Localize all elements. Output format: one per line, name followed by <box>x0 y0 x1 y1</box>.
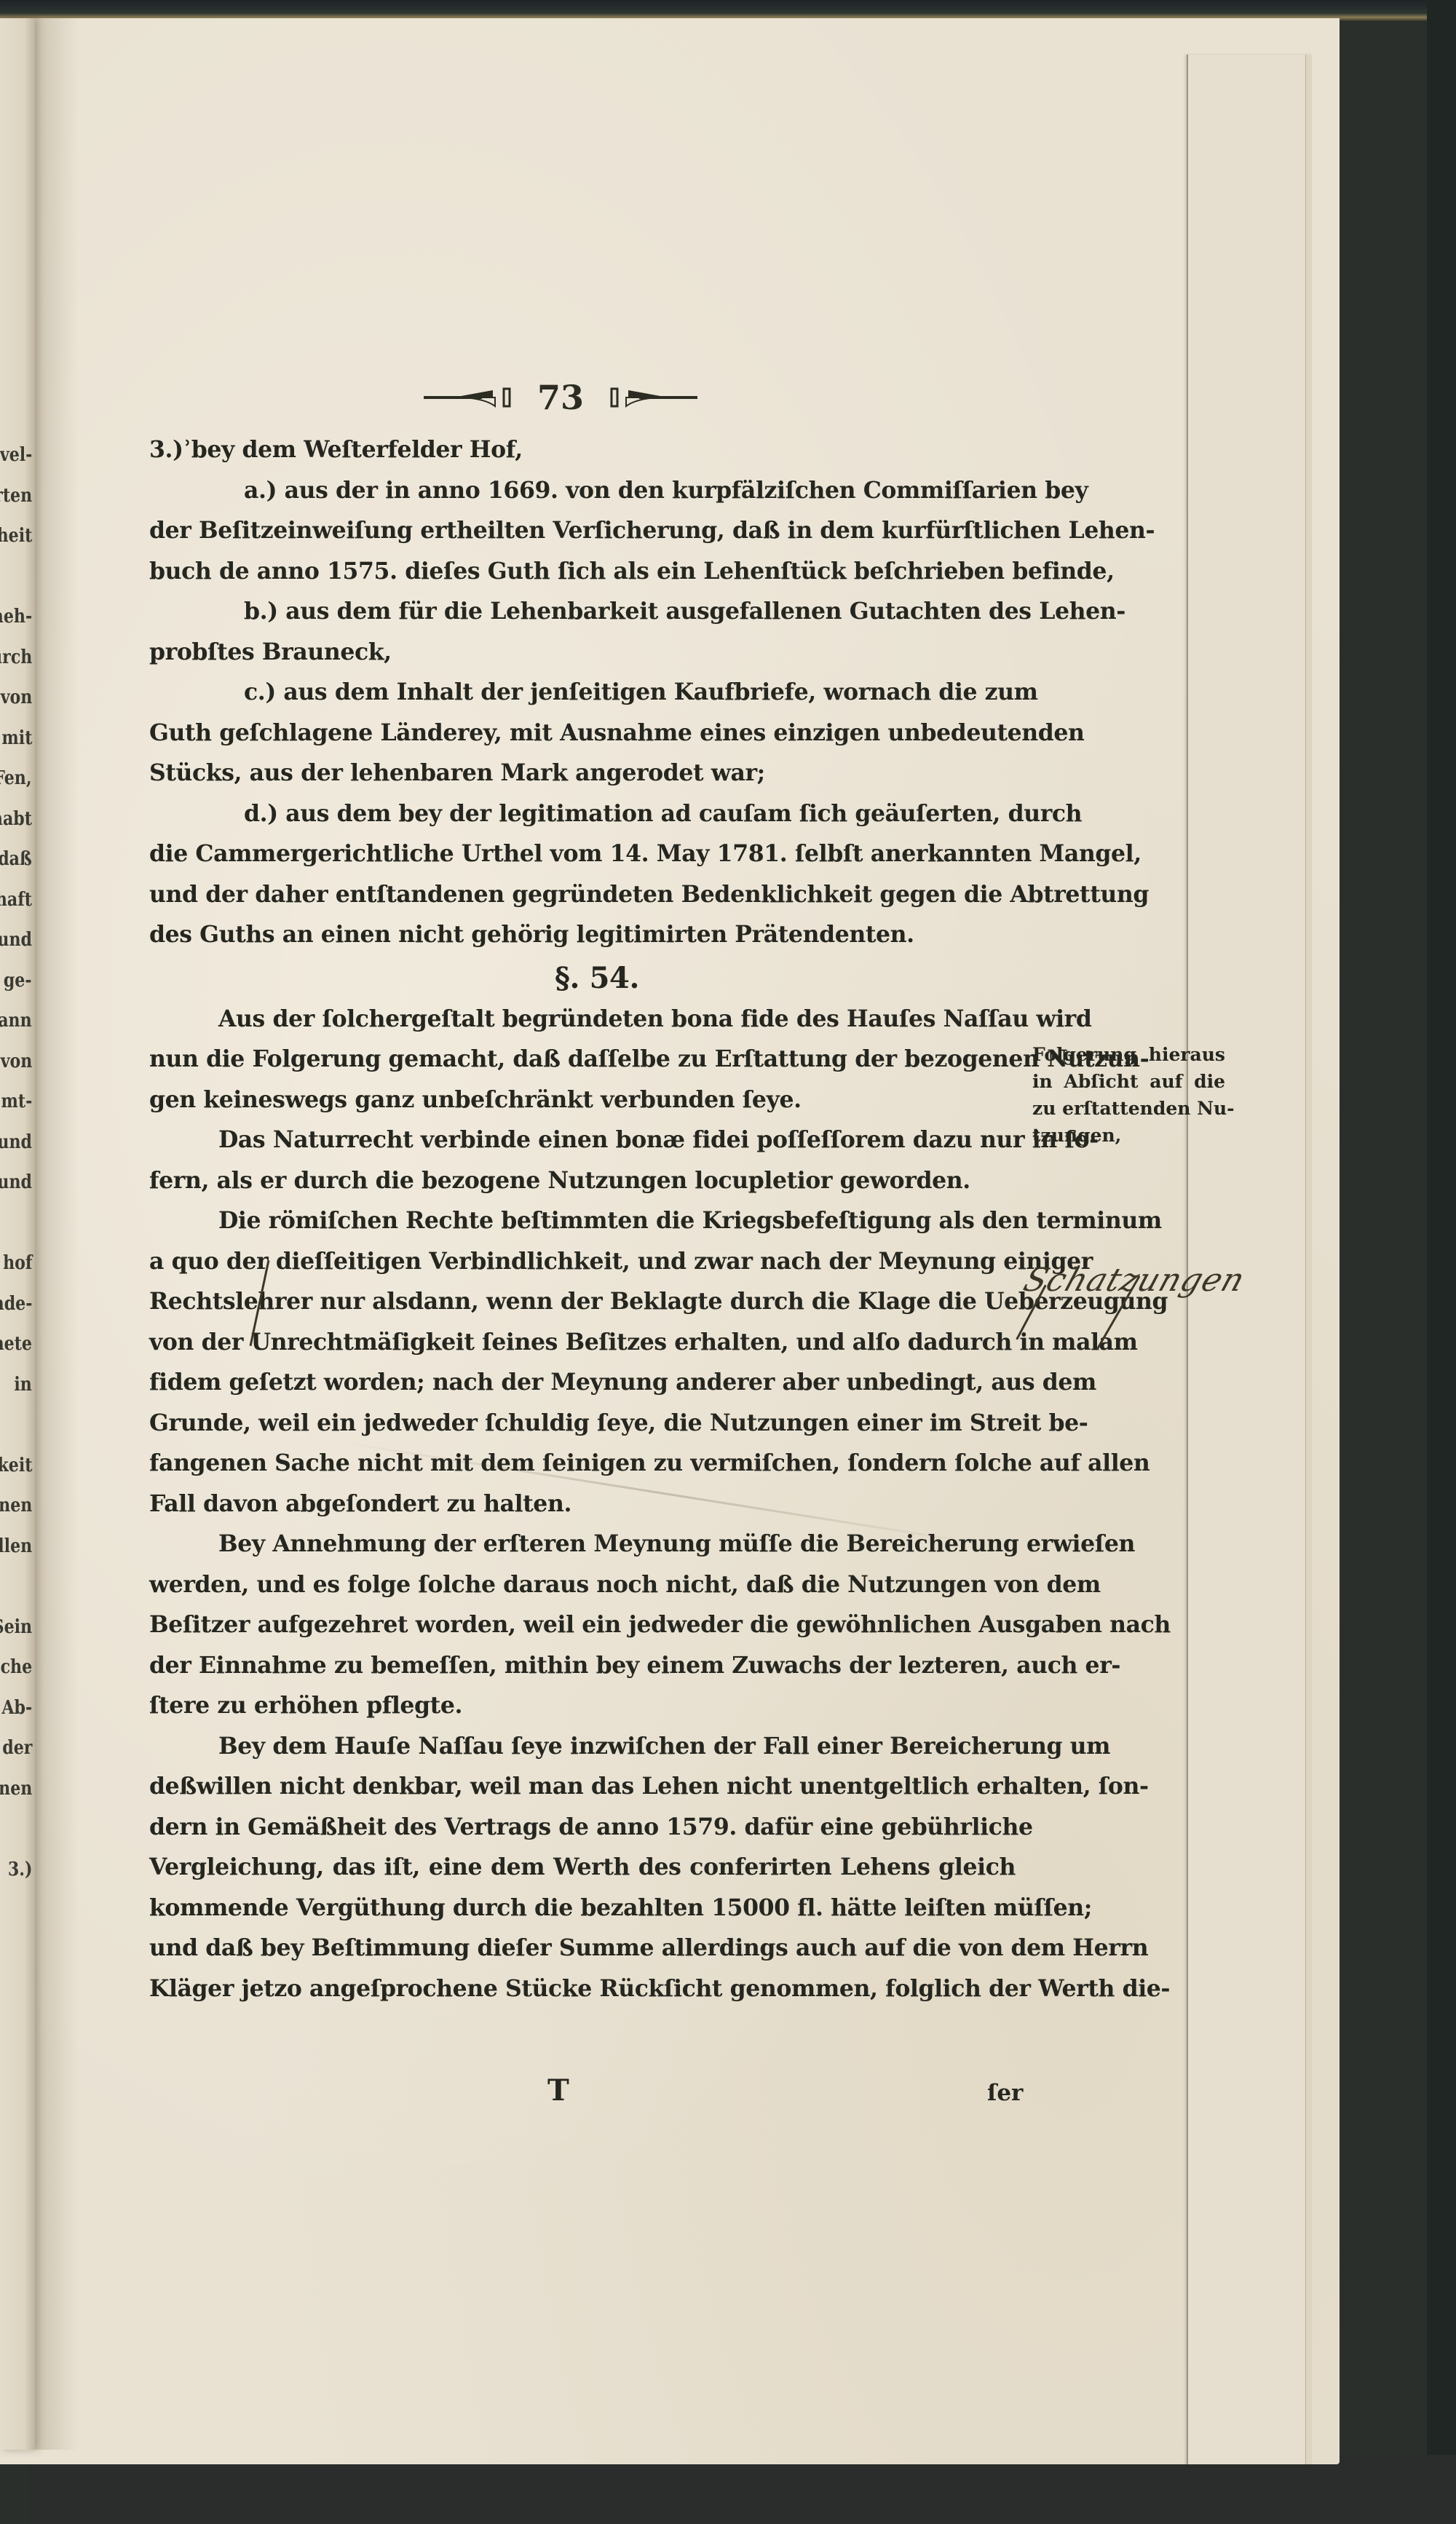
previous-page-text-fragment: von <box>0 687 32 708</box>
previous-page-text-fragment: mt- <box>1 1091 32 1112</box>
text-line: und der daher entſtandenen gegründeten B… <box>149 874 1016 915</box>
text-line: buch de anno 1575. dieſes Guth ſich als … <box>149 551 1016 592</box>
text-line: der Einnahme zu bemeſſen, mithin bey ein… <box>149 1645 1016 1686</box>
text-line: fangenen Sache nicht mit dem ſeinigen zu… <box>149 1443 1016 1484</box>
previous-page-text-fragment: nde- <box>0 1293 32 1315</box>
text-line: probſtes Brauneck, <box>149 632 1016 673</box>
previous-page-text-fragment: keit <box>0 1455 32 1476</box>
previous-page-text-fragment: und <box>0 1131 32 1153</box>
text-line: fidem geſetzt worden; nach der Meynung a… <box>149 1362 1016 1403</box>
text-line: Aus der ſolchergeſtalt begründeten bona … <box>149 999 1016 1040</box>
text-line: und daß bey Beſtimmung dieſer Summe alle… <box>149 1928 1016 1969</box>
previous-page-text-fragment: habt <box>0 808 32 830</box>
text-line: fern, als er durch die bezogene Nutzunge… <box>149 1160 1016 1201</box>
text-line: c.) aus dem Inhalt der jenſeitigen Kaufb… <box>149 672 1016 713</box>
text-line: Bey Annehmung der erſteren Meynung müſſe… <box>149 1524 1016 1564</box>
text-before-section: 3.)ʾbey dem Weſterfelder Hof,a.) aus der… <box>149 430 1016 955</box>
previous-page-text-fragment: von <box>0 1051 32 1072</box>
book-binding-right <box>1427 0 1456 2524</box>
previous-page-text-fragment: urch <box>0 646 32 668</box>
previous-page-text-fragment: rten <box>0 485 32 507</box>
folded-page-edge <box>1187 55 1312 2464</box>
text-line: kommende Vergüthung durch die bezahlten … <box>149 1888 1016 1928</box>
page-header: 73 <box>408 376 713 419</box>
section-heading: §. 54. <box>149 958 1016 999</box>
previous-page-text-fragment: und <box>0 1171 32 1193</box>
text-line: der Beſitzeinweiſung ertheilten Verſiche… <box>149 510 1016 551</box>
text-line: a.) aus der in anno 1669. von den kurpfä… <box>149 470 1016 511</box>
text-line: Fall davon abgeſondert zu halten. <box>149 1484 1016 1524</box>
margin-note: Folgerung hierausin Abſicht auf diezu er… <box>1032 1041 1225 1149</box>
previous-page-text-fragment: neh- <box>0 606 32 628</box>
text-line: Das Naturrecht verbinde einen bonæ fidei… <box>149 1120 1016 1160</box>
text-line: Beſitzer aufgezehret worden, weil ein je… <box>149 1605 1016 1645</box>
page-edge <box>1305 55 1312 2464</box>
main-text: 3.)ʾbey dem Weſterfelder Hof,a.) aus der… <box>149 430 1016 2009</box>
text-line: d.) aus dem bey der legitimation ad cauſ… <box>149 794 1016 834</box>
text-line: Kläger jetzo angeſprochene Stücke Rückſi… <box>149 1969 1016 2009</box>
text-line: b.) aus dem für die Lehenbarkeit ausgefa… <box>149 591 1016 632</box>
book-binding-bottom <box>29 2455 1456 2524</box>
previous-page-text-fragment: Ab- <box>1 1697 32 1719</box>
previous-page-text-fragment: llen <box>0 1535 32 1557</box>
text-line: Grunde, weil ein jedweder ſchuldig ſeye,… <box>149 1403 1016 1444</box>
margin-note-line: tzungen, <box>1032 1122 1225 1149</box>
text-line: 3.)ʾbey dem Weſterfelder Hof, <box>149 430 1016 470</box>
previous-page-text-fragment: ann <box>0 1010 32 1032</box>
text-line: Rechtslehrer nur alsdann, wenn der Bekla… <box>149 1281 1016 1322</box>
text-line: gen keineswegs ganz unbeſchränkt verbund… <box>149 1080 1016 1120</box>
previous-page-text-fragment: nete <box>0 1333 32 1355</box>
text-line: von der Unrechtmäſigkeit ſeines Beſitzes… <box>149 1322 1016 1363</box>
previous-page-text-fragment: vel- <box>0 444 32 466</box>
previous-page-text-fragment: 3.) <box>7 1859 32 1880</box>
previous-page-text-fragment: in <box>15 1374 32 1396</box>
text-after-section: Aus der ſolchergeſtalt begründeten bona … <box>149 999 1016 2009</box>
previous-page-strip: vel-rtenheitneh-urchvonmitFen,habtdaßhaf… <box>0 18 35 2450</box>
text-line: Stücks, aus der lehenbaren Mark angerode… <box>149 753 1016 794</box>
ornament-left-icon <box>424 387 518 408</box>
previous-page-text-fragment: Sein <box>0 1616 32 1638</box>
signature-mark: T <box>547 2073 569 2108</box>
previous-page-text-fragment: der <box>2 1737 32 1759</box>
previous-page-text-fragment: daß <box>0 848 32 870</box>
previous-page-text-fragment: nen <box>0 1495 32 1516</box>
previous-page-text-fragment: heit <box>0 525 32 547</box>
page-number: 73 <box>537 378 584 417</box>
text-line: a quo der dieſſeitigen Verbindlichkeit, … <box>149 1241 1016 1282</box>
previous-page-text-fragment: lche <box>0 1656 32 1678</box>
previous-page-text-fragment: haft <box>0 889 32 911</box>
margin-note-line: zu erſtattenden Nu- <box>1032 1095 1225 1122</box>
ornament-right-icon <box>603 387 697 408</box>
margin-note-line: in Abſicht auf die <box>1032 1068 1225 1095</box>
handwritten-annotation: Schatzungen <box>1019 1262 1250 1299</box>
text-line: Bey dem Hauſe Naſſau ſeye inzwiſchen der… <box>149 1726 1016 1767</box>
text-line: werden, und es folge ſolche daraus noch … <box>149 1564 1016 1605</box>
previous-page-text-fragment: und <box>0 929 32 951</box>
previous-page-text-fragment: Fen, <box>0 767 32 789</box>
catchword: ſer <box>987 2080 1023 2106</box>
previous-page-text-fragment: hof <box>3 1252 32 1274</box>
text-line: Die römiſchen Rechte beſtimmten die Krie… <box>149 1200 1016 1241</box>
previous-page-text-fragment: mit <box>1 727 32 749</box>
text-line: dern in Gemäßheit des Vertrags de anno 1… <box>149 1807 1016 1848</box>
text-line: Vergleichung, das iſt, eine dem Werth de… <box>149 1847 1016 1888</box>
previous-page-text-fragment: nen <box>0 1778 32 1800</box>
previous-page-text-fragment: ge- <box>4 970 32 992</box>
text-line: nun die Folgerung gemacht, daß daſſelbe … <box>149 1039 1016 1080</box>
text-line: die Cammergerichtliche Urthel vom 14. Ma… <box>149 834 1016 874</box>
text-line: deßwillen nicht denkbar, weil man das Le… <box>149 1766 1016 1807</box>
gutter-shadow <box>35 18 79 2450</box>
text-line: ſtere zu erhöhen pflegte. <box>149 1685 1016 1726</box>
text-line: Guth geſchlagene Länderey, mit Ausnahme … <box>149 713 1016 753</box>
margin-note-line: Folgerung hieraus <box>1032 1041 1225 1068</box>
text-line: des Guths an einen nicht gehörig legitim… <box>149 914 1016 955</box>
